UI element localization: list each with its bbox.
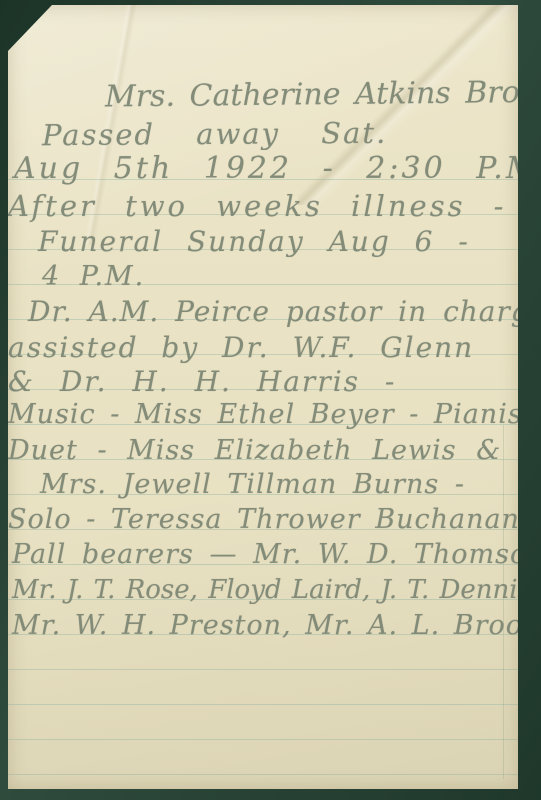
handwritten-line: & Dr. H. H. Harris - bbox=[8, 365, 396, 398]
handwritten-line: Funeral Sunday Aug 6 - bbox=[38, 225, 470, 258]
handwritten-line: Aug 5th 1922 - 2:30 P.M. bbox=[14, 151, 541, 186]
handwritten-line: 4 P.M. bbox=[42, 261, 145, 292]
handwritten-line: Duet - Miss Elizabeth Lewis & bbox=[8, 435, 501, 466]
handwritten-line: Solo - Teressa Thrower Buchanan - bbox=[8, 504, 541, 535]
handwritten-line: Music - Miss Ethel Beyer - Pianist bbox=[8, 399, 535, 430]
handwritten-line: assisted by Dr. W.F. Glenn bbox=[8, 331, 474, 364]
handwritten-line: Dr. A.M. Peirce pastor in charge bbox=[28, 295, 541, 328]
handwritten-line: Passed away Sat. bbox=[42, 116, 387, 152]
handwritten-line: Mr. J. T. Rose, Floyd Laird, J. T. Denni… bbox=[12, 575, 531, 605]
handwritten-line: Pall bearers — Mr. W. D. Thomson bbox=[12, 539, 541, 570]
handwritten-line: Mrs. Catherine Atkins Broach bbox=[105, 75, 541, 115]
handwritten-line: Mr. W. H. Preston, Mr. A. L. Brooke - bbox=[12, 610, 541, 641]
handwritten-line: Mrs. Jewell Tillman Burns - bbox=[40, 469, 465, 500]
handwritten-line: After two weeks illness - bbox=[8, 189, 506, 223]
scanned-photo-background: Mrs. Catherine Atkins Broach Passed away… bbox=[0, 0, 541, 800]
handwritten-note-page: Mrs. Catherine Atkins Broach Passed away… bbox=[8, 5, 518, 789]
